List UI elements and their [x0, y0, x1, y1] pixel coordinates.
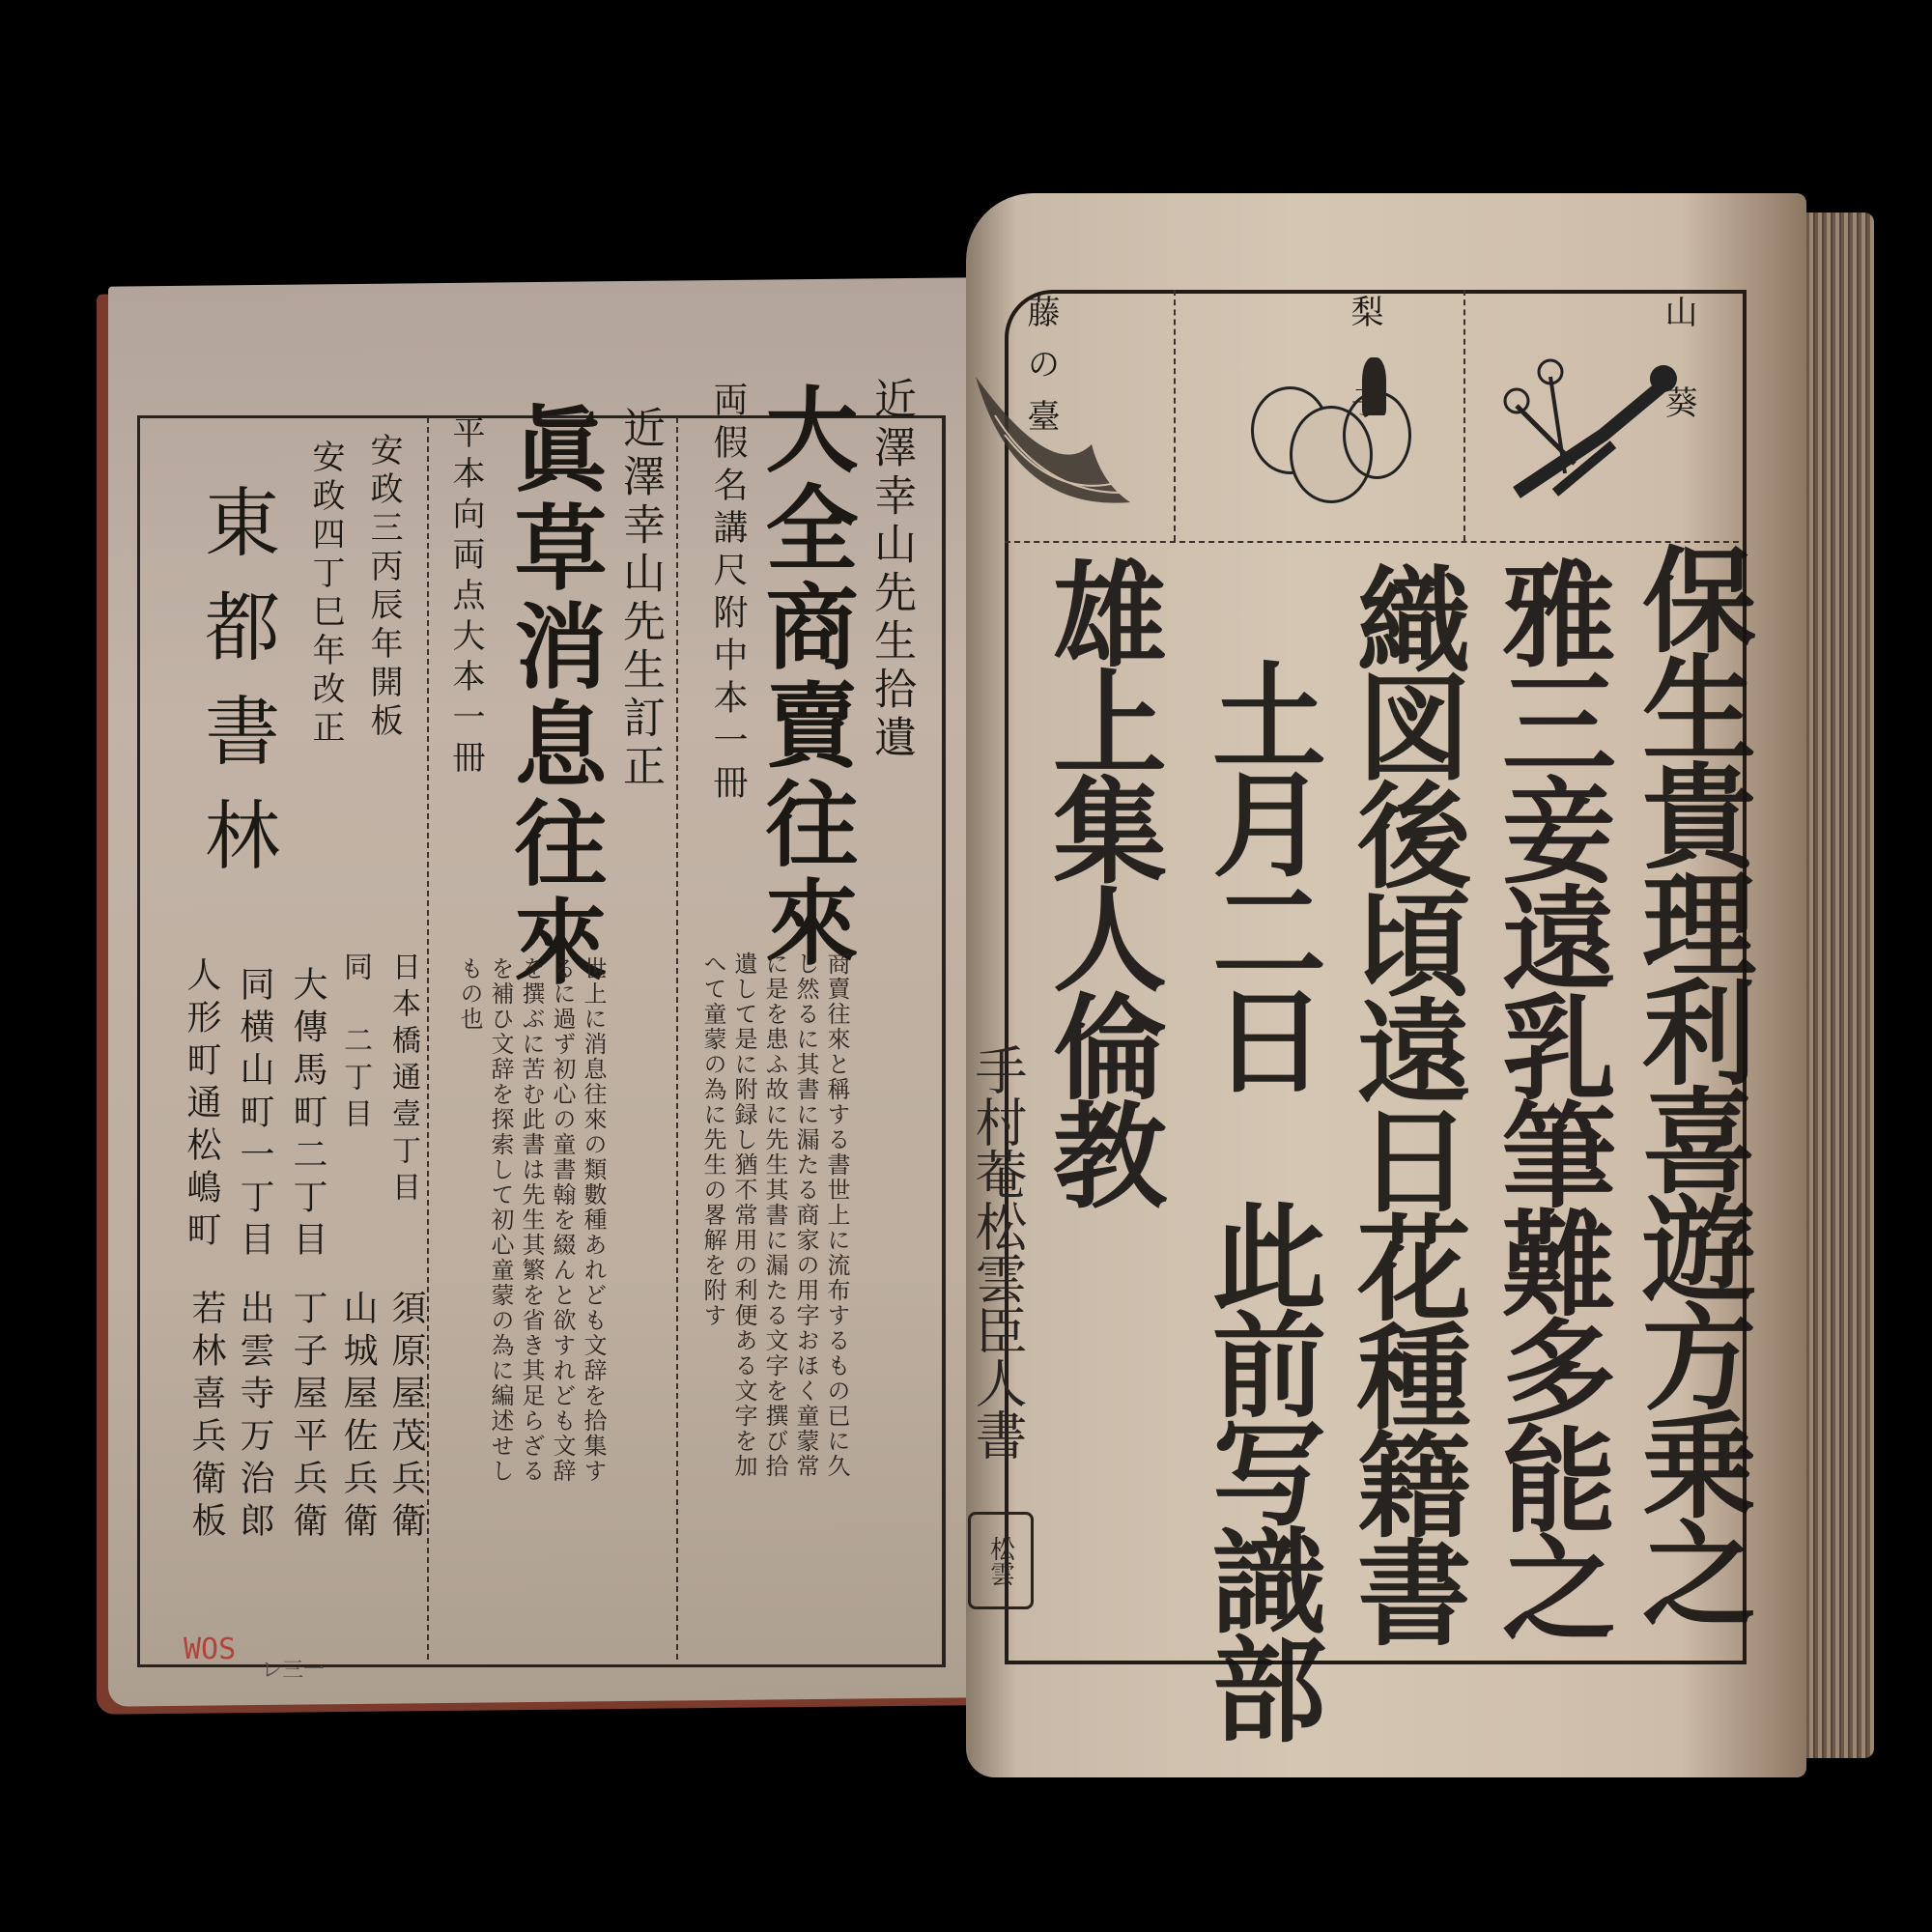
page-edges: [1806, 213, 1874, 1758]
calligraphy-column-3: 織図後頃遠日花種籍書: [1348, 560, 1462, 1642]
book2-format: 平本向両点大本一冊: [449, 415, 482, 781]
seal-stamp: 松雲: [968, 1512, 1034, 1609]
book1-format: 両假名講尺附中本一冊: [710, 382, 745, 807]
book1-author-credit: 近澤幸山先生拾遺: [869, 377, 912, 763]
calligraphy-column-2: 雅三妾遠乳筆難多能之: [1492, 555, 1606, 1637]
publisher-name: 山城屋佐兵衛: [340, 1290, 375, 1545]
calligraphy-column-5: 雄上集人倫教: [1043, 555, 1157, 1205]
book1-title: 大全商賣往來: [758, 382, 851, 973]
publisher-address: 同横山町一丁目: [237, 966, 271, 1264]
book1-description: 商賣往來と稱する書世上に流布するもの已に久し然るに其書に漏たる商家の用字おほく童…: [697, 952, 852, 1492]
publisher-address: 日本橋通壹丁目: [388, 952, 417, 1208]
publisher-name: 出雲寺万治郎: [237, 1290, 271, 1545]
publisher-address: 同 二丁目: [340, 952, 369, 1135]
publisher-name: 若林喜兵衛板: [188, 1290, 223, 1545]
illustration-divider: [1174, 290, 1176, 541]
publisher-address: 大傳馬町二丁目: [290, 966, 325, 1264]
column-divider: [427, 417, 429, 1660]
red-margin-note: WOS: [184, 1633, 236, 1666]
book2-author-credit: 近澤幸山先生訂正: [618, 406, 661, 792]
seal-text: 松雲: [983, 1536, 1019, 1586]
publisher-address: 人形町通松嶋町: [184, 956, 218, 1254]
imprint-date-2: 安政四丁巳年改正: [309, 440, 342, 749]
calligrapher-signature: 手村菴松雲臣人書: [971, 1043, 1023, 1461]
publisher-group: 東都書林: [198, 483, 273, 900]
column-divider: [676, 417, 678, 1660]
book2-title: 眞草消息往來: [507, 401, 600, 992]
imprint-date-1: 安政三丙辰年開板: [367, 433, 400, 742]
publisher-name: 丁子屋平兵衛: [290, 1290, 325, 1545]
book2-description: 世上に消息往來の類數種あれども文辞を拾集するに過ず初心の童書翰を綴んと欲すれども…: [454, 956, 609, 1497]
open-book: 近澤幸山先生拾遺 大全商賣往來 両假名講尺附中本一冊 商賣往來と稱する書世上に流…: [0, 0, 1932, 1932]
publisher-name: 須原屋茂兵衛: [388, 1290, 423, 1545]
calligraphy-column-4: 土月二日 此前写識部: [1203, 657, 1317, 1739]
illustration-divider: [1463, 290, 1465, 541]
calligraphy-column-1: 保生貴理利喜遊方乗之: [1633, 541, 1747, 1623]
pencil-margin-note: レ三一: [261, 1654, 325, 1684]
